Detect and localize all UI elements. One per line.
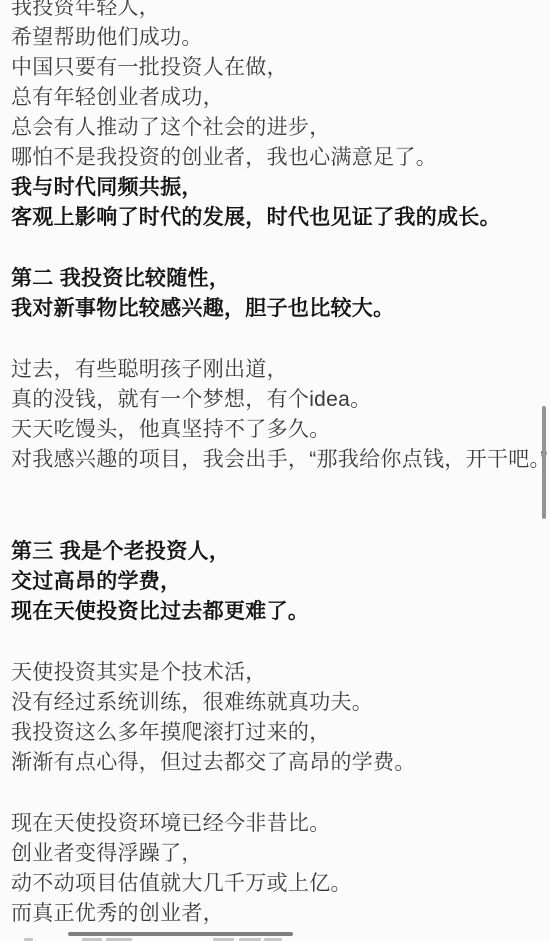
text-line: 我投资这么多年摸爬滚打过来的，: [11, 718, 530, 748]
text-line: 中国只要有一批投资人在做，: [11, 53, 530, 83]
text-line: 现在天使投资比过去都更难了。: [11, 597, 530, 627]
blank-line: [11, 627, 530, 658]
text-line: 天天吃馒头，他真坚持不了多久。: [11, 415, 530, 445]
text-line: 交过高昂的学费，: [11, 567, 530, 597]
text-line: 对我感兴趣的项目，我会出手，“那我给你点钱，开干吧。”: [11, 445, 530, 475]
text-line: 真的没钱，就有一个梦想，有个idea。: [11, 385, 530, 415]
blank-line: [11, 778, 530, 809]
text-line: 哪怕不是我投资的创业者，我也心满意足了。: [11, 143, 530, 173]
article-body: 我投资年轻人，希望帮助他们成功。中国只要有一批投资人在做，总有年轻创业者成功，总…: [11, 0, 530, 929]
text-line: 我对新事物比较感兴趣，胆子也比较大。: [11, 294, 530, 324]
blank-line: [11, 506, 530, 537]
text-line: 总有年轻创业者成功，: [11, 83, 530, 113]
text-line: 希望帮助他们成功。: [11, 23, 530, 53]
text-line: 而真正优秀的创业者，: [11, 899, 530, 929]
blank-line: [11, 475, 530, 506]
text-line: 创业者变得浮躁了，: [11, 839, 530, 869]
text-line: 渐渐有点心得，但过去都交了高昂的学费。: [11, 748, 530, 778]
text-line: 过去，有些聪明孩子刚出道，: [11, 355, 530, 385]
text-line: 动不动项目估值就大几千万或上亿。: [11, 869, 530, 899]
blank-line: [11, 233, 530, 264]
text-line: 没有经过系统训练，很难练就真功夫。: [11, 688, 530, 718]
blank-line: [11, 324, 530, 355]
text-line: 第二 我投资比较随性，: [11, 264, 530, 294]
text-line: 总会有人推动了这个社会的进步，: [11, 113, 530, 143]
text-line: 我与时代同频共振，: [11, 173, 530, 203]
text-line: 客观上影响了时代的发展，时代也见证了我的成长。: [11, 203, 530, 233]
text-line: 我投资年轻人，: [11, 0, 530, 23]
text-line: 现在天使投资环境已经今非昔比。: [11, 809, 530, 839]
scrollbar-thumb[interactable]: [542, 406, 546, 519]
divider-bar: [68, 932, 293, 936]
text-line: 第三 我是个老投资人，: [11, 537, 530, 567]
text-line: 天使投资其实是个技术活，: [11, 658, 530, 688]
